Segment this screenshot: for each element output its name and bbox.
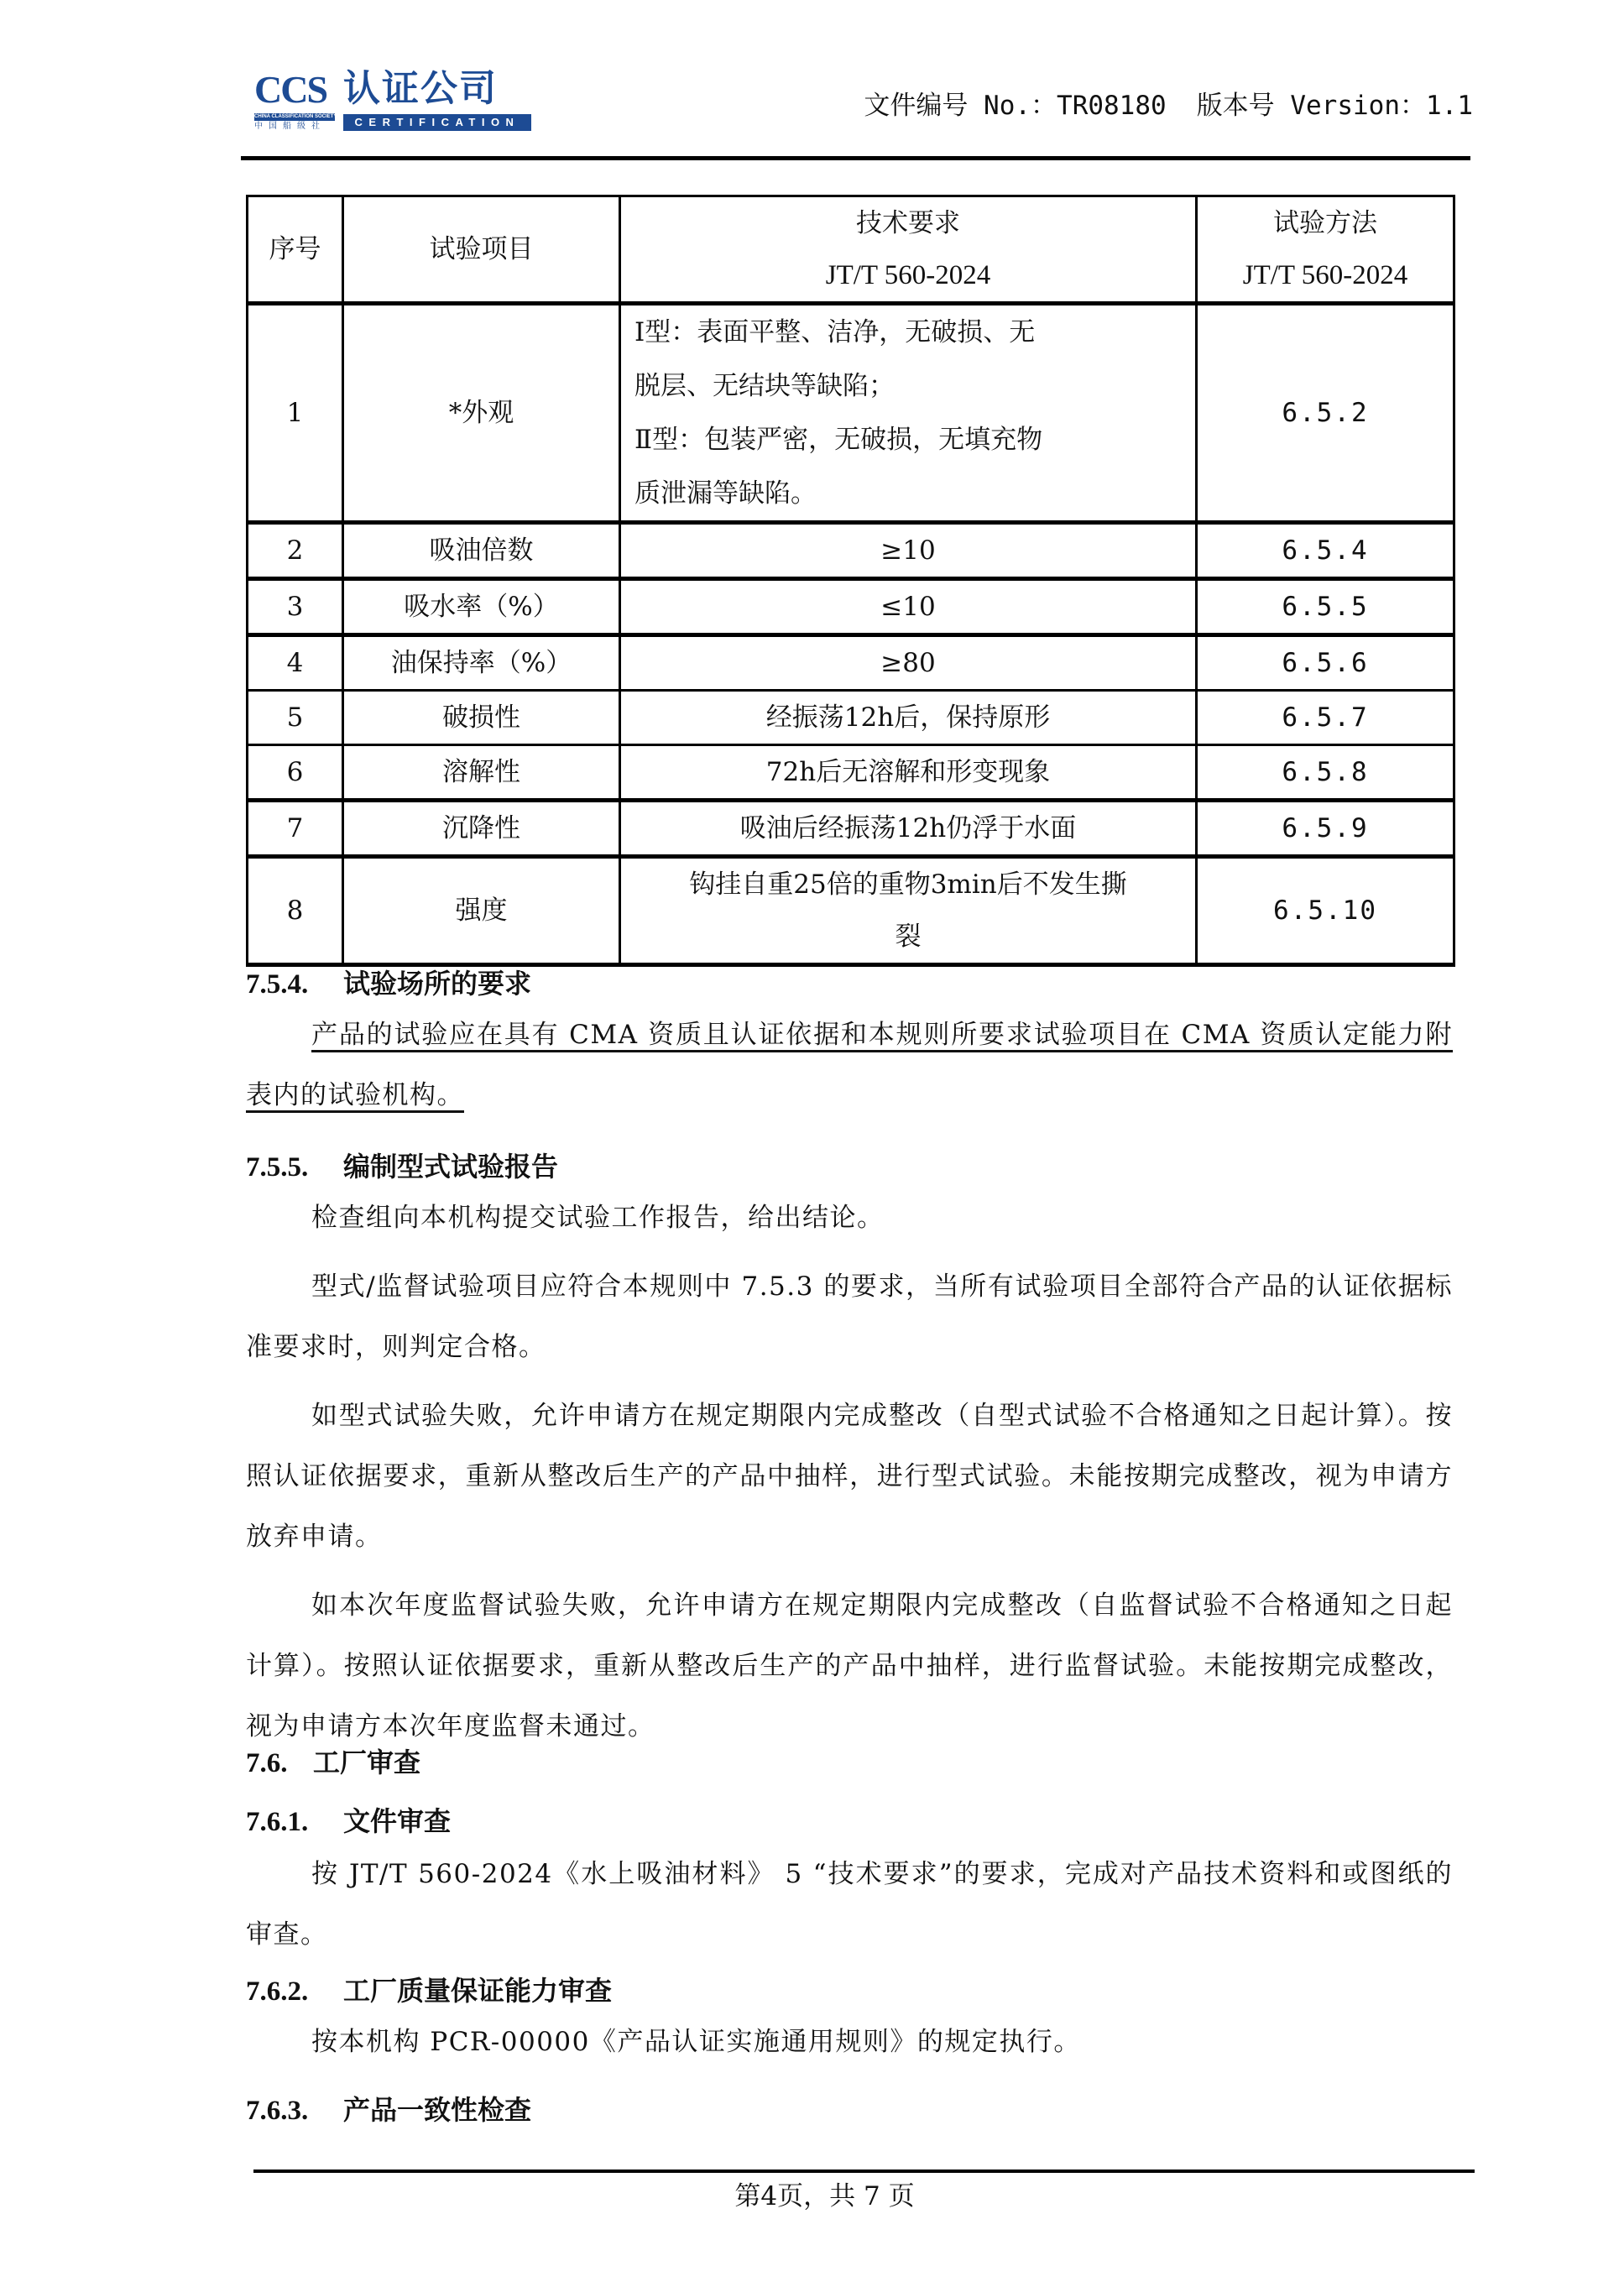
- row-method: 6.5.4: [1197, 523, 1454, 579]
- row-method: 6.5.7: [1197, 691, 1454, 745]
- section-title: 工厂审查: [313, 1747, 420, 1778]
- requirement-line: 裂: [631, 911, 1185, 963]
- section-7-6-3: 7.6.3.产品一致性检查: [246, 2093, 1453, 2128]
- section-title: 产品一致性检查: [343, 2094, 531, 2126]
- row-requirement: ≤10: [620, 579, 1197, 635]
- section-number: 7.5.4.: [246, 968, 343, 1001]
- section-title: 试验场所的要求: [343, 968, 531, 1000]
- requirement-line: Ⅱ型：包装严密，无破损，无填充物: [634, 413, 1182, 467]
- logo-ccs-wordmark: CCS: [254, 70, 326, 109]
- requirement-line: 脱层、无结块等缺陷；: [634, 359, 1182, 413]
- row-seq: 4: [248, 635, 343, 691]
- section-title: 编制型式试验报告: [343, 1151, 558, 1183]
- row-item: 油保持率（%）: [343, 635, 620, 691]
- requirement-line: 质泄漏等缺陷。: [634, 467, 1182, 520]
- section-paragraph: 产品的试验应在具有 CMA 资质且认证依据和本规则所要求试验项目在 CMA 资质…: [246, 1005, 1453, 1125]
- logo-certification-band: CERTIFICATION: [343, 114, 531, 131]
- section-7-6-1: 7.6.1.文件审查 按 JT/T 560-2024《水上吸油材料》 5 “技术…: [246, 1804, 1453, 1965]
- section-7-5-5: 7.5.5.编制型式试验报告 检查组向本机构提交试验工作报告，给出结论。 型式/…: [246, 1150, 1453, 1757]
- table-row: 1 *外观 Ⅰ型：表面平整、洁净，无破损、无 脱层、无结块等缺陷； Ⅱ型：包装严…: [248, 304, 1454, 523]
- row-requirement: ≥10: [620, 523, 1197, 579]
- section-number: 7.6.: [246, 1747, 313, 1780]
- header-requirement-standard: JT/T 560-2024: [631, 249, 1185, 301]
- section-heading: 7.6.工厂审查: [246, 1746, 1453, 1780]
- row-seq: 7: [248, 801, 343, 857]
- table-row: 6 溶解性 72h后无溶解和形变现象 6.5.8: [248, 745, 1454, 801]
- test-items-table: 序号 试验项目 技术要求 JT/T 560-2024 试验方法 JT/T 560…: [246, 195, 1455, 967]
- row-seq: 1: [248, 304, 343, 523]
- logo-ccs-band: CHINA CLASSIFICATION SOCIETY: [254, 113, 335, 121]
- row-seq: 3: [248, 579, 343, 635]
- row-requirement: 经振荡12h后，保持原形: [620, 691, 1197, 745]
- row-requirement: ≥80: [620, 635, 1197, 691]
- table-row: 7 沉降性 吸油后经振荡12h仍浮于水面 6.5.9: [248, 801, 1454, 857]
- row-item: 吸水率（%）: [343, 579, 620, 635]
- row-requirement: 72h后无溶解和形变现象: [620, 745, 1197, 801]
- section-paragraph: 型式/监督试验项目应符合本规则中 7.5.3 的要求，当所有试验项目全部符合产品…: [246, 1256, 1453, 1377]
- row-item: 吸油倍数: [343, 523, 620, 579]
- section-title: 文件审查: [343, 1805, 451, 1837]
- row-method: 6.5.6: [1197, 635, 1454, 691]
- header-divider: [241, 156, 1470, 160]
- row-seq: 8: [248, 857, 343, 965]
- table-row: 3 吸水率（%） ≤10 6.5.5: [248, 579, 1454, 635]
- table-row: 5 破损性 经振荡12h后，保持原形 6.5.7: [248, 691, 1454, 745]
- document-meta: 文件编号 No.：TR08180版本号 Version：1.1: [864, 89, 1473, 123]
- requirement-line: Ⅰ型：表面平整、洁净，无破损、无: [634, 305, 1182, 359]
- row-item: 沉降性: [343, 801, 620, 857]
- header-method: 试验方法 JT/T 560-2024: [1197, 196, 1454, 304]
- row-requirement: Ⅰ型：表面平整、洁净，无破损、无 脱层、无结块等缺陷； Ⅱ型：包装严密，无破损，…: [620, 304, 1197, 523]
- ccs-certification-logo: CCS CHINA CLASSIFICATION SOCIETY 中国船级社 认…: [254, 67, 548, 128]
- page-number: 第4页，共 7 页: [0, 2180, 1624, 2213]
- section-heading: 7.5.5.编制型式试验报告: [246, 1150, 1453, 1184]
- logo-ccs-chinese: 中国船级社: [254, 122, 335, 132]
- row-item: 破损性: [343, 691, 620, 745]
- table-header-row: 序号 试验项目 技术要求 JT/T 560-2024 试验方法 JT/T 560…: [248, 196, 1454, 304]
- header-requirement-label: 技术要求: [631, 197, 1185, 249]
- document-version: 版本号 Version：1.1: [1197, 91, 1473, 121]
- document-number: 文件编号 No.：TR08180: [864, 91, 1166, 121]
- section-number: 7.6.1.: [246, 1805, 343, 1839]
- row-method: 6.5.8: [1197, 745, 1454, 801]
- row-item: 溶解性: [343, 745, 620, 801]
- section-paragraph: 如本次年度监督试验失败，允许申请方在规定期限内完成整改（自监督试验不合格通知之日…: [246, 1575, 1453, 1757]
- section-number: 7.6.3.: [246, 2094, 343, 2128]
- section-number: 7.5.5.: [246, 1151, 343, 1184]
- row-method: 6.5.2: [1197, 304, 1454, 523]
- header-requirement: 技术要求 JT/T 560-2024: [620, 196, 1197, 304]
- row-item: *外观: [343, 304, 620, 523]
- section-paragraph: 检查组向本机构提交试验工作报告，给出结论。: [246, 1188, 1453, 1248]
- section-paragraph: 按 JT/T 560-2024《水上吸油材料》 5 “技术要求”的要求，完成对产…: [246, 1844, 1453, 1965]
- footer-divider: [253, 2170, 1475, 2173]
- section-paragraph: 按本机构 PCR-00000《产品认证实施通用规则》的规定执行。: [246, 2012, 1453, 2072]
- section-heading: 7.6.2.工厂质量保证能力审查: [246, 1974, 1453, 2008]
- row-requirement: 钩挂自重25倍的重物3min后不发生撕 裂: [620, 857, 1197, 965]
- header-seq: 序号: [248, 196, 343, 304]
- logo-certification-chinese: 认证公司: [343, 69, 498, 109]
- row-requirement: 吸油后经振荡12h仍浮于水面: [620, 801, 1197, 857]
- section-heading: 7.5.4.试验场所的要求: [246, 967, 1453, 1001]
- section-7-6: 7.6.工厂审查: [246, 1746, 1453, 1780]
- row-method: 6.5.10: [1197, 857, 1454, 965]
- section-paragraph: 如型式试验失败，允许申请方在规定期限内完成整改（自型式试验不合格通知之日起计算）…: [246, 1386, 1453, 1567]
- header-method-standard: JT/T 560-2024: [1208, 249, 1443, 301]
- row-seq: 2: [248, 523, 343, 579]
- row-method: 6.5.5: [1197, 579, 1454, 635]
- section-7-6-2: 7.6.2.工厂质量保证能力审查 按本机构 PCR-00000《产品认证实施通用…: [246, 1974, 1453, 2072]
- section-title: 工厂质量保证能力审查: [343, 1975, 612, 2007]
- table-row: 4 油保持率（%） ≥80 6.5.6: [248, 635, 1454, 691]
- header-method-label: 试验方法: [1208, 197, 1443, 249]
- section-number: 7.6.2.: [246, 1975, 343, 2008]
- row-seq: 5: [248, 691, 343, 745]
- header-item: 试验项目: [343, 196, 620, 304]
- table-row: 8 强度 钩挂自重25倍的重物3min后不发生撕 裂 6.5.10: [248, 857, 1454, 965]
- section-heading: 7.6.1.文件审查: [246, 1804, 1453, 1839]
- requirement-line: 钩挂自重25倍的重物3min后不发生撕: [631, 859, 1185, 911]
- row-item: 强度: [343, 857, 620, 965]
- row-seq: 6: [248, 745, 343, 801]
- table-row: 2 吸油倍数 ≥10 6.5.4: [248, 523, 1454, 579]
- section-7-5-4: 7.5.4.试验场所的要求 产品的试验应在具有 CMA 资质且认证依据和本规则所…: [246, 967, 1453, 1125]
- section-heading: 7.6.3.产品一致性检查: [246, 2093, 1453, 2128]
- row-method: 6.5.9: [1197, 801, 1454, 857]
